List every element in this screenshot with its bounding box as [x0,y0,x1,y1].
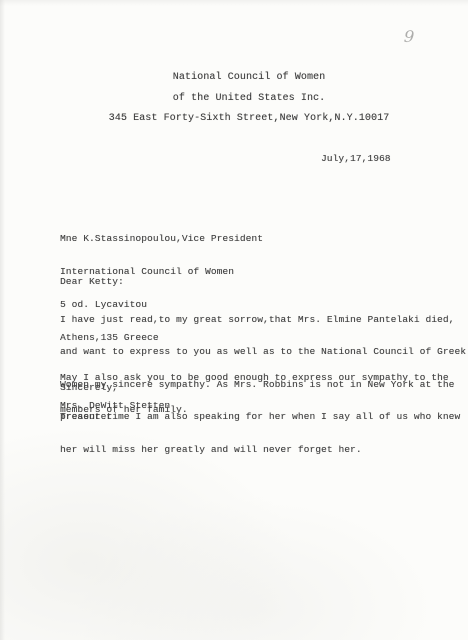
paragraph-2-line: May I also ask you to be good enough to … [60,373,449,383]
body-paragraph-2: May I also ask you to be good enough to … [60,351,449,438]
letterhead-org-name: National Council of Women [30,68,468,89]
salutation: Dear Ketty: [60,276,124,287]
date-line: July,17,1968 [321,153,391,164]
letterhead: National Council of Women of the United … [30,68,468,130]
letterhead-address: 345 East Forty-Sixth Street,New York,N.Y… [30,109,468,130]
paragraph-1-line: I have just read,to my great sorrow,that… [60,315,466,325]
signature-name: Mrs. DeWitt Stetten [60,400,170,411]
closing: Sincerely, [60,382,118,393]
letter-page: 9 National Council of Women of the Unite… [0,0,468,640]
handwritten-page-number: 9 [403,27,414,47]
paragraph-1-line: her will miss her greatly and will never… [60,445,466,455]
signature-title: Treasurer [60,411,112,422]
letterhead-org-name-2: of the United States Inc. [30,89,468,110]
recipient-name: Mne K.Stassinopoulou,Vice President [60,234,263,245]
